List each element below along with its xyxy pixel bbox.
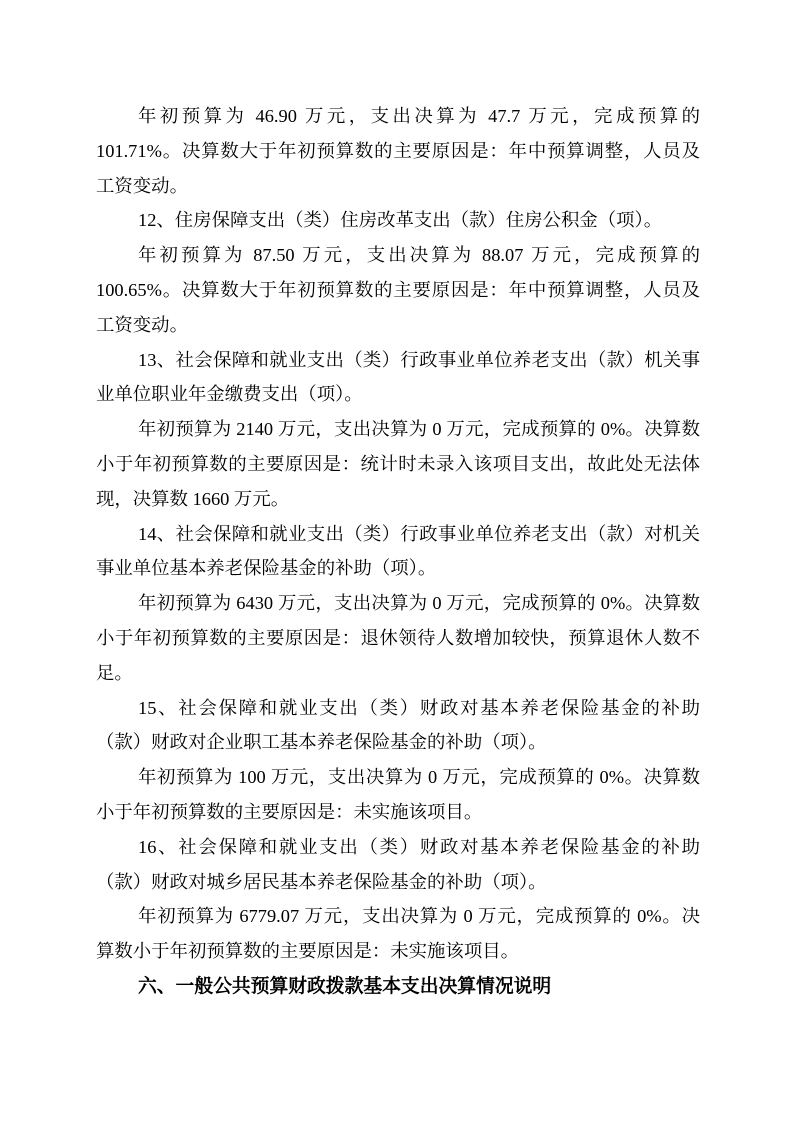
text-line: 15、社会保障和就业支出（类）财政对基本养老保险基金的补助 [96, 691, 700, 726]
paragraph: 年初预算为 46.90 万元，支出决算为 47.7 万元，完成预算的101.71… [96, 99, 700, 203]
paragraph: 12、住房保障支出（类）住房改革支出（款）住房公积金（项）。 [96, 203, 700, 238]
text-line: 算数小于年初预算数的主要原因是：未实施该项目。 [96, 934, 700, 969]
paragraph: 16、社会保障和就业支出（类）财政对基本养老保险基金的补助（款）财政对城乡居民基… [96, 830, 700, 900]
text-line: 年初预算为 6430 万元，支出决算为 0 万元，完成预算的 0%。决算数 [96, 586, 700, 621]
paragraph: 年初预算为 87.50 万元，支出决算为 88.07 万元，完成预算的100.6… [96, 238, 700, 342]
text-line: 101.71%。决算数大于年初预算数的主要原因是：年中预算调整，人员及 [96, 134, 700, 169]
text-line: 现，决算数 1660 万元。 [96, 482, 700, 517]
text-line: 12、住房保障支出（类）住房改革支出（款）住房公积金（项）。 [96, 203, 700, 238]
text-line: 业单位职业年金缴费支出（项）。 [96, 377, 700, 412]
paragraph: 年初预算为 6779.07 万元，支出决算为 0 万元，完成预算的 0%。决算数… [96, 899, 700, 969]
document-content: 年初预算为 46.90 万元，支出决算为 47.7 万元，完成预算的101.71… [96, 99, 700, 1004]
paragraph: 14、社会保障和就业支出（类）行政事业单位养老支出（款）对机关事业单位基本养老保… [96, 517, 700, 587]
paragraph: 年初预算为 6430 万元，支出决算为 0 万元，完成预算的 0%。决算数小于年… [96, 586, 700, 690]
paragraph: 年初预算为 2140 万元，支出决算为 0 万元，完成预算的 0%。决算数小于年… [96, 412, 700, 516]
text-line: 年初预算为 100 万元，支出决算为 0 万元，完成预算的 0%。决算数 [96, 760, 700, 795]
text-line: 年初预算为 46.90 万元，支出决算为 47.7 万元，完成预算的 [96, 99, 700, 134]
text-line: 工资变动。 [96, 169, 700, 204]
text-line: 年初预算为 87.50 万元，支出决算为 88.07 万元，完成预算的 [96, 238, 700, 273]
text-line: 事业单位基本养老保险基金的补助（项）。 [96, 551, 700, 586]
paragraph: 15、社会保障和就业支出（类）财政对基本养老保险基金的补助（款）财政对企业职工基… [96, 691, 700, 761]
text-line: 年初预算为 2140 万元，支出决算为 0 万元，完成预算的 0%。决算数 [96, 412, 700, 447]
text-line: 100.65%。决算数大于年初预算数的主要原因是：年中预算调整，人员及 [96, 273, 700, 308]
text-line: 14、社会保障和就业支出（类）行政事业单位养老支出（款）对机关 [96, 517, 700, 552]
text-line: 小于年初预算数的主要原因是：未实施该项目。 [96, 795, 700, 830]
text-line: （款）财政对城乡居民基本养老保险基金的补助（项）。 [96, 865, 700, 900]
text-line: 13、社会保障和就业支出（类）行政事业单位养老支出（款）机关事 [96, 343, 700, 378]
text-line: 足。 [96, 656, 700, 691]
paragraph: 年初预算为 100 万元，支出决算为 0 万元，完成预算的 0%。决算数小于年初… [96, 760, 700, 830]
text-line: 工资变动。 [96, 308, 700, 343]
text-line: （款）财政对企业职工基本养老保险基金的补助（项）。 [96, 725, 700, 760]
text-line: 小于年初预算数的主要原因是：退休领待人数增加较快，预算退休人数不 [96, 621, 700, 656]
text-line: 年初预算为 6779.07 万元，支出决算为 0 万元，完成预算的 0%。决 [96, 899, 700, 934]
document-page: 年初预算为 46.90 万元，支出决算为 47.7 万元，完成预算的101.71… [0, 0, 793, 1122]
text-line: 小于年初预算数的主要原因是：统计时未录入该项目支出，故此处无法体 [96, 447, 700, 482]
section-heading: 六、一般公共预算财政拨款基本支出决算情况说明 [96, 969, 700, 1004]
paragraph: 13、社会保障和就业支出（类）行政事业单位养老支出（款）机关事业单位职业年金缴费… [96, 343, 700, 413]
text-line: 16、社会保障和就业支出（类）财政对基本养老保险基金的补助 [96, 830, 700, 865]
text-line: 六、一般公共预算财政拨款基本支出决算情况说明 [96, 969, 700, 1004]
